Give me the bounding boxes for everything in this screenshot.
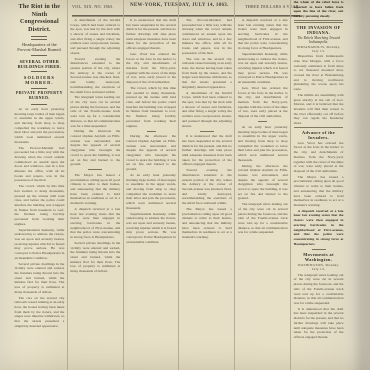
deck-headquarters-burned: Headquarters of the Provost-Marshal Burn… xyxy=(15,42,65,53)
column-grid: The Riot in the Ninth Congressional Dist… xyxy=(12,0,346,370)
deck-rule xyxy=(31,104,47,105)
body-paragraph: The telegraph wires leading out of the c… xyxy=(70,95,120,128)
column-6-body: The telegraph wires leading out of the c… xyxy=(294,273,344,340)
column-3: It is understood that the draft has been… xyxy=(123,0,179,370)
column-4-body: The Provost-Marshal had proceeded but a … xyxy=(182,18,232,128)
body-paragraph: Dispatches from Indianapolis state that … xyxy=(294,54,344,92)
column-6: the whole of the rebel force is reported… xyxy=(290,0,346,370)
body-paragraph: A dispatch received at a late hour last … xyxy=(238,18,288,51)
body-paragraph: During the afternoon the colored Orphan … xyxy=(70,129,120,167)
crosshead-rule xyxy=(294,20,344,24)
column-2-body: A detachment of the Invalid Corps, which… xyxy=(70,18,120,167)
body-paragraph: At an early hour yesterday morning large… xyxy=(126,173,176,211)
section-break-rule xyxy=(200,131,214,132)
newspaper-page: VOL. XIX. NO. 1863. NEW-YORK, TUESDAY, J… xyxy=(0,0,370,370)
paper-right-edge xyxy=(352,0,370,370)
body-paragraph: During the afternoon the colored Orphan … xyxy=(238,164,288,202)
main-headline-line2: Congressional District. xyxy=(15,19,65,34)
crosshead-advance-of-invaders: Advance of the Invaders. xyxy=(294,130,344,140)
body-paragraph: The Mayor has issued a proclamation call… xyxy=(70,173,120,206)
body-paragraph: The telegraph wires leading out of the c… xyxy=(294,273,344,306)
body-paragraph: It is understood that the draft has been… xyxy=(294,307,344,340)
body-paragraph: It is understood that the draft has been… xyxy=(182,134,232,167)
body-paragraph: Gen. Wool has ordered the forces at the … xyxy=(238,86,288,119)
body-paragraph: Gen. Wool has ordered the forces at the … xyxy=(126,52,176,85)
column-1-body: At an early hour yesterday morning large… xyxy=(15,107,65,329)
body-paragraph: The cars on the several city railroads c… xyxy=(15,296,65,329)
column-6-body: Dispatches from Indianapolis state that … xyxy=(294,54,344,126)
body-paragraph: The Provost-Marshal had proceeded but a … xyxy=(182,18,232,56)
section-break-rule xyxy=(88,169,102,170)
deck-property-burned: PRIVATE PROPERTY BURNED. xyxy=(15,91,65,101)
deck-rule xyxy=(31,71,47,72)
column-4: The Provost-Marshal had proceeded but a … xyxy=(178,0,234,370)
body-paragraph: Toward evening the disturbances extended… xyxy=(182,168,232,206)
body-paragraph: The Provost-Marshal had proceeded but a … xyxy=(15,146,65,184)
body-paragraph: A dispatch received at a late hour last … xyxy=(70,207,120,240)
column-3-body: During the afternoon the colored Orphan … xyxy=(126,134,176,244)
dateline-indianapolis: INDIANAPOLIS, Monday, July 13. xyxy=(294,45,344,53)
body-paragraph: Superintendent Kennedy, while endeavorin… xyxy=(15,228,65,261)
body-paragraph: A detachment of the Invalid Corps, which… xyxy=(182,91,232,129)
body-paragraph: the whole of the rebel force is reported… xyxy=(294,0,344,18)
body-paragraph: During the afternoon the colored Orphan … xyxy=(126,134,176,172)
section-break-rule xyxy=(258,121,267,122)
body-paragraph: The crowd, which by this time had swelle… xyxy=(126,86,176,128)
body-paragraph: The crowd, which by this time had swelle… xyxy=(15,184,65,226)
column-6-body: Gen. Wool has ordered the forces at the … xyxy=(294,141,344,208)
body-paragraph: Toward evening the disturbances extended… xyxy=(70,57,120,95)
column-3-body: It is understood that the draft has been… xyxy=(126,18,176,128)
column-5: A dispatch received at a late hour last … xyxy=(234,0,290,370)
section-break-rule xyxy=(312,249,326,250)
column-2-body: The Mayor has issued a proclamation call… xyxy=(70,173,120,274)
body-paragraph: The militia are assembling with great al… xyxy=(294,93,344,126)
dateline-washington: WASHINGTON, Monday, July 13. xyxy=(294,263,344,271)
column-5-body: At an early hour yesterday morning large… xyxy=(238,125,288,235)
section-break-rule xyxy=(147,131,156,132)
body-paragraph: At an early hour yesterday morning large… xyxy=(15,107,65,145)
body-paragraph: Several private dwellings in the vicinit… xyxy=(70,241,120,274)
column-4-body: It is understood that the draft has been… xyxy=(182,134,232,240)
body-paragraph: Gen. Wool has ordered the forces at the … xyxy=(294,141,344,174)
body-paragraph: It is understood that the draft has been… xyxy=(126,18,176,51)
column-5-body: A dispatch received at a late hour last … xyxy=(238,18,288,119)
deck-rule xyxy=(31,88,47,89)
headline-rule xyxy=(31,36,47,39)
body-paragraph: Superintendent Kennedy, while endeavorin… xyxy=(238,52,288,85)
crosshead-rule xyxy=(294,127,344,128)
bold-lead-paragraph: A dispatch received at a late hour last … xyxy=(294,209,344,247)
body-paragraph: The Mayor has issued a proclamation call… xyxy=(294,175,344,208)
body-paragraph: Superintendent Kennedy, while endeavorin… xyxy=(126,212,176,245)
body-paragraph: The cars on the several city railroads c… xyxy=(182,57,232,90)
body-paragraph: Several private dwellings in the vicinit… xyxy=(15,262,65,295)
crosshead-subtitle: The Rebels Marching Toward Indianapolis. xyxy=(294,36,344,44)
crosshead-invasion-of-indiana: THE INVASION OF INDIANA. xyxy=(294,25,344,35)
column-6-top: the whole of the rebel force is reported… xyxy=(294,0,344,18)
column-1: The Riot in the Ninth Congressional Dist… xyxy=(12,0,67,370)
body-paragraph: The telegraph wires leading out of the c… xyxy=(238,202,288,235)
crosshead-washington: Movements at Washington. xyxy=(294,252,344,262)
main-headline-line1: The Riot in the Ninth xyxy=(15,4,65,19)
body-paragraph: The Mayor has issued a proclamation call… xyxy=(182,207,232,240)
body-paragraph: A detachment of the Invalid Corps, which… xyxy=(70,18,120,56)
deck-rule xyxy=(31,55,47,56)
column-2: A detachment of the Invalid Corps, which… xyxy=(67,0,123,370)
deck-buildings-fired: SEVERAL OTHER BUILDINGS FIRED. xyxy=(15,59,65,70)
body-paragraph: At an early hour yesterday morning large… xyxy=(238,125,288,163)
deck-soldiers-mobbed: SOLDIERS MOBBED. xyxy=(15,75,65,86)
